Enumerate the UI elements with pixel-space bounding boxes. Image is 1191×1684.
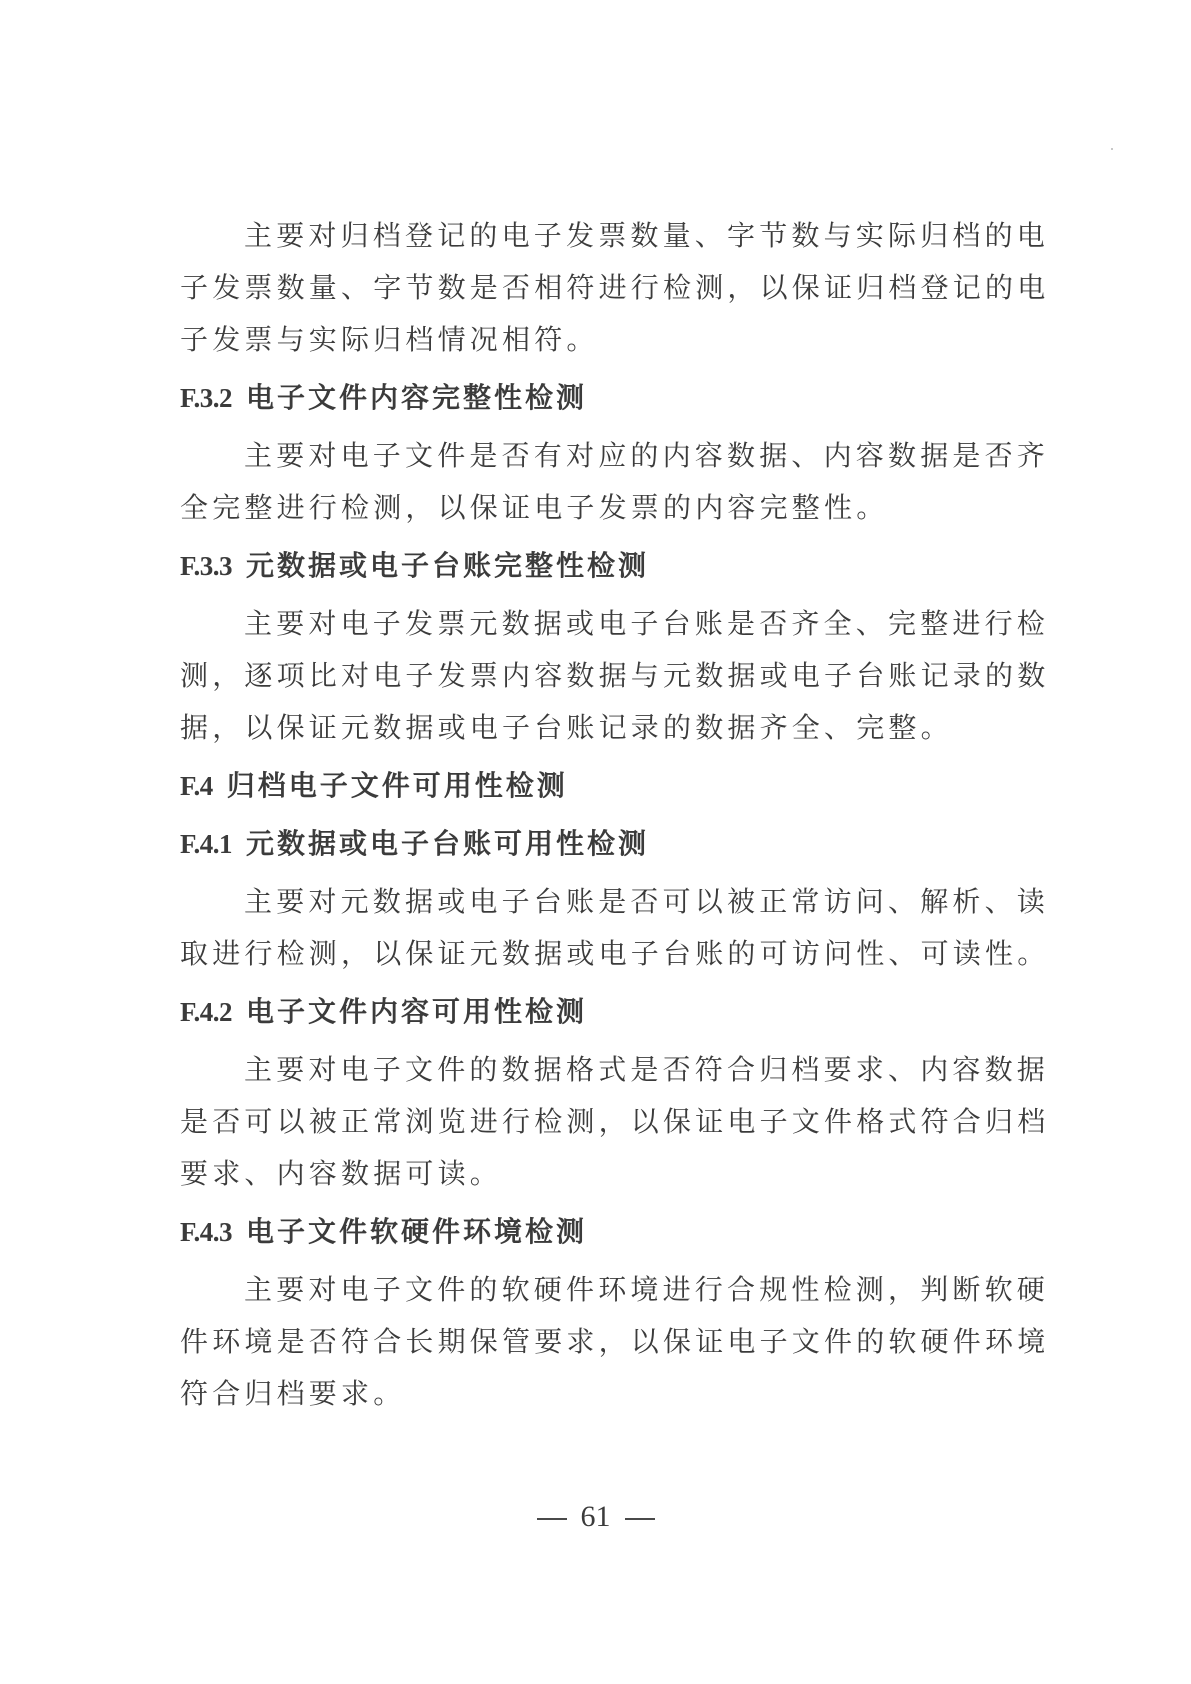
paragraph-archive-count-check: 主要对归档登记的电子发票数量、字节数与实际归档的电 子发票数量、字节数是否相符进… bbox=[180, 210, 1020, 366]
paragraph-line: 据，以保证元数据或电子台账记录的数据齐全、完整。 bbox=[180, 702, 1020, 754]
page-content: 主要对归档登记的电子发票数量、字节数与实际归档的电 子发票数量、字节数是否相符进… bbox=[180, 210, 1020, 1420]
page-number: 61 bbox=[581, 1500, 611, 1533]
paragraph-line: 子发票数量、字节数是否相符进行检测，以保证归档登记的电 bbox=[180, 262, 1020, 314]
paragraph-content-usability: 主要对电子文件的数据格式是否符合归档要求、内容数据 是否可以被正常浏览进行检测，… bbox=[180, 1044, 1020, 1200]
paragraph-line: 主要对归档登记的电子发票数量、字节数与实际归档的电 bbox=[180, 210, 1020, 262]
section-heading-f-4-3: F.4.3电子文件软硬件环境检测 bbox=[180, 1206, 1020, 1258]
paragraph-metadata-usability: 主要对元数据或电子台账是否可以被正常访问、解析、读 取进行检测，以保证元数据或电… bbox=[180, 876, 1020, 980]
paragraph-line: 是否可以被正常浏览进行检测，以保证电子文件格式符合归档 bbox=[180, 1096, 1020, 1148]
paragraph-line: 全完整进行检测，以保证电子发票的内容完整性。 bbox=[180, 482, 1020, 534]
paragraph-line: 主要对电子发票元数据或电子台账是否齐全、完整进行检 bbox=[180, 598, 1020, 650]
page-footer: 61 bbox=[0, 1500, 1191, 1534]
section-number: F.3.3 bbox=[180, 551, 232, 581]
section-heading-f-4-2: F.4.2电子文件内容可用性检测 bbox=[180, 986, 1020, 1038]
dash-left bbox=[537, 1518, 567, 1520]
paragraph-line: 符合归档要求。 bbox=[180, 1368, 1020, 1420]
section-number: F.4.3 bbox=[180, 1217, 232, 1247]
section-number: F.3.2 bbox=[180, 383, 232, 413]
paragraph-line: 主要对电子文件是否有对应的内容数据、内容数据是否齐 bbox=[180, 430, 1020, 482]
section-title: 元数据或电子台账完整性检测 bbox=[246, 549, 649, 582]
paragraph-line: 测，逐项比对电子发票内容数据与元数据或电子台账记录的数 bbox=[180, 650, 1020, 702]
paragraph-line: 主要对元数据或电子台账是否可以被正常访问、解析、读 bbox=[180, 876, 1020, 928]
paragraph-metadata-integrity: 主要对电子发票元数据或电子台账是否齐全、完整进行检 测，逐项比对电子发票内容数据… bbox=[180, 598, 1020, 754]
section-number: F.4.1 bbox=[180, 829, 232, 859]
paragraph-line: 要求、内容数据可读。 bbox=[180, 1148, 1020, 1200]
section-heading-f-4-1: F.4.1元数据或电子台账可用性检测 bbox=[180, 818, 1020, 870]
paragraph-content-integrity: 主要对电子文件是否有对应的内容数据、内容数据是否齐 全完整进行检测，以保证电子发… bbox=[180, 430, 1020, 534]
section-heading-f-3-3: F.3.3元数据或电子台账完整性检测 bbox=[180, 540, 1020, 592]
section-title: 电子文件软硬件环境检测 bbox=[246, 1215, 587, 1248]
paragraph-line: 主要对电子文件的软硬件环境进行合规性检测，判断软硬 bbox=[180, 1264, 1020, 1316]
scan-speck bbox=[1111, 148, 1113, 150]
paragraph-line: 主要对电子文件的数据格式是否符合归档要求、内容数据 bbox=[180, 1044, 1020, 1096]
paragraph-line: 件环境是否符合长期保管要求，以保证电子文件的软硬件环境 bbox=[180, 1316, 1020, 1368]
paragraph-line: 取进行检测，以保证元数据或电子台账的可访问性、可读性。 bbox=[180, 928, 1020, 980]
section-title: 归档电子文件可用性检测 bbox=[227, 769, 568, 802]
section-title: 电子文件内容可用性检测 bbox=[246, 995, 587, 1028]
section-heading-f-4: F.4归档电子文件可用性检测 bbox=[180, 760, 1020, 812]
section-title: 电子文件内容完整性检测 bbox=[246, 381, 587, 414]
paragraph-line: 子发票与实际归档情况相符。 bbox=[180, 314, 1020, 366]
section-number: F.4.2 bbox=[180, 997, 232, 1027]
document-page: 主要对归档登记的电子发票数量、字节数与实际归档的电 子发票数量、字节数是否相符进… bbox=[0, 0, 1191, 1684]
paragraph-environment-check: 主要对电子文件的软硬件环境进行合规性检测，判断软硬 件环境是否符合长期保管要求，… bbox=[180, 1264, 1020, 1420]
dash-right bbox=[625, 1518, 655, 1520]
section-title: 元数据或电子台账可用性检测 bbox=[246, 827, 649, 860]
section-heading-f-3-2: F.3.2电子文件内容完整性检测 bbox=[180, 372, 1020, 424]
section-number: F.4 bbox=[180, 771, 213, 801]
